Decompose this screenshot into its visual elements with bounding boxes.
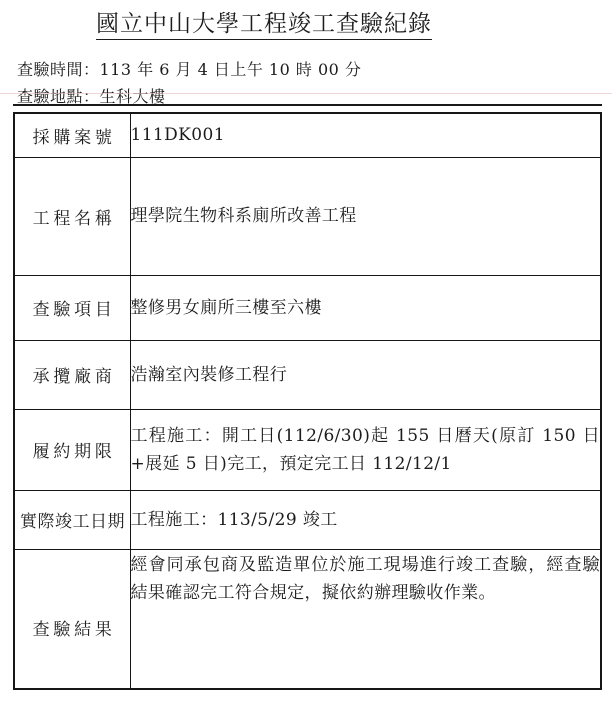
inspection-record-table: 採購案號 111DK001 工程名稱 理學院生物科系廁所改善工程 查驗項目 整修… <box>13 112 602 690</box>
table-row: 工程名稱 理學院生物科系廁所改善工程 <box>14 157 601 275</box>
header-rule-line <box>13 104 602 106</box>
table-row: 實際竣工日期 工程施工：113/5/29 竣工 <box>14 490 601 549</box>
row-label-inspection-result: 查驗結果 <box>14 549 130 689</box>
page-title-text: 國立中山大學工程竣工查驗紀錄 <box>96 11 432 40</box>
table-row: 查驗項目 整修男女廁所三樓至六樓 <box>14 275 601 340</box>
row-value-project-name: 理學院生物科系廁所改善工程 <box>130 157 601 275</box>
row-value-actual-completion-date: 工程施工：113/5/29 竣工 <box>130 490 601 549</box>
table-row: 查驗結果 經會同承包商及監造單位於施工現場進行竣工查驗，經查驗結果確認完工符合規… <box>14 549 601 689</box>
page-title: 國立中山大學工程竣工查驗紀錄 <box>0 10 612 39</box>
row-value-inspection-item: 整修男女廁所三樓至六樓 <box>130 275 601 340</box>
row-value-procurement-case-number: 111DK001 <box>130 113 601 157</box>
row-value-inspection-result: 經會同承包商及監造單位於施工現場進行竣工查驗，經查驗結果確認完工符合規定，擬依約… <box>130 549 601 689</box>
row-label-procurement-case-number: 採購案號 <box>14 113 130 157</box>
row-value-contractor: 浩瀚室內裝修工程行 <box>130 340 601 409</box>
table-row: 採購案號 111DK001 <box>14 113 601 157</box>
row-value-contract-period: 工程施工：開工日(112/6/30)起 155 日曆天(原訂 150 日+展延 … <box>130 409 601 490</box>
row-label-contractor: 承攬廠商 <box>14 340 130 409</box>
row-label-actual-completion-date: 實際竣工日期 <box>14 490 130 549</box>
inspection-time-line: 查驗時間：113 年 6 月 4 日上午 10 時 00 分 <box>17 60 361 79</box>
row-label-project-name: 工程名稱 <box>14 157 130 275</box>
row-label-inspection-item: 查驗項目 <box>14 275 130 340</box>
document-page: 國立中山大學工程竣工查驗紀錄 查驗時間：113 年 6 月 4 日上午 10 時… <box>0 0 612 708</box>
row-label-contract-period: 履約期限 <box>14 409 130 490</box>
scan-artifact-line <box>0 93 612 94</box>
table-row: 承攬廠商 浩瀚室內裝修工程行 <box>14 340 601 409</box>
table-row: 履約期限 工程施工：開工日(112/6/30)起 155 日曆天(原訂 150 … <box>14 409 601 490</box>
